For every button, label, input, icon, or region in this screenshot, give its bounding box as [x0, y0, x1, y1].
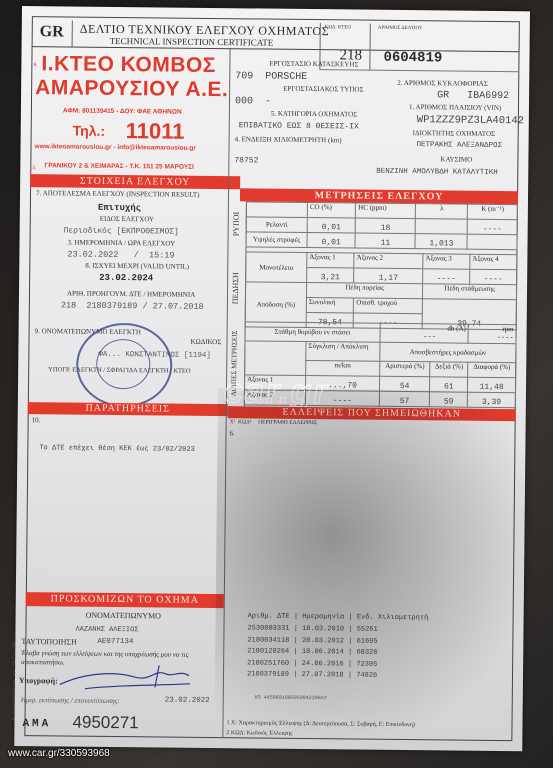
category-value: ΕΠΙΒΑΤΙΚΟ ΕΩΣ 8 ΘΕΣΕΙΣ-ΙΧ — [239, 121, 359, 131]
center-tax-info: ΑΦΜ: 801139415 - ΔΟΥ: ΦΑΕ ΑΘΗΝΩΝ — [63, 107, 182, 115]
ama-label: ΑΜΑ — [22, 718, 51, 730]
parking-brake-label: Πέδη στάθμευσης — [423, 284, 517, 300]
emission-col-k: K (m⁻¹) — [468, 204, 518, 220]
center-number-9: 9. — [33, 62, 37, 68]
fuel-value: ΒΕΝΖΙΝΗ ΑΜΟΛΥΒΔΗ ΚΑΤΑΛΥΤΙΚΗ — [376, 168, 498, 177]
history-row: 2530003331 | 18.03.2010 | 55261 — [247, 623, 377, 636]
title-english: TECHNICAL INSPECTION CERTIFICATE — [110, 36, 274, 48]
listing-id: www.car.gr/330593968 — [8, 748, 110, 759]
previous-cert-value: 218 2180379189 / 27.07.2018 — [61, 300, 204, 311]
brakes-table: Μονοτέλειο Άξονας 1 Άξονας 2 Άξονας 3 Άξ… — [245, 251, 518, 330]
emission-col-co: CO (%) — [307, 203, 355, 219]
printer-margin-text: Σ. εκτυπωτικό αθηνών | τηλ. 210 25 11 80… — [10, 606, 17, 756]
axle-2-label: Άξονας 2 — [354, 253, 423, 269]
emissions-group-label: ΡΥΠΟΙ — [232, 204, 241, 244]
ama-number: 4950271 — [72, 713, 138, 734]
inspector-code-label: ΚΩΔΙΚΟΣ — [190, 338, 221, 346]
print-date-label: Ημερ. εκτύπωσης / επανεκτύπωσης: — [21, 696, 120, 705]
odometer-label: 4. ΕΝΔΕΙΞΗ ΧΙΛΙΟΜΕΤΡΗΤΗ (km) — [235, 135, 342, 144]
emission-row: Υψηλές στροφές 0,01 11 1,013 — [246, 232, 517, 250]
valid-until-label: 8. ΙΣΧΥΕΙ ΜΕΧΡΙ (VALID UNTIL) — [85, 262, 189, 271]
emission-col-hc: HC (ppm) — [356, 203, 416, 219]
odometer-value: 78752 — [234, 156, 258, 165]
owner-label: ΙΔΙΟΚΤΗΤΗΣ ΟΧΗΜΑΤΟΣ — [413, 129, 496, 138]
noise-label: Στάθμη θορύβου εν στάσει — [245, 322, 380, 342]
deficiencies-number: 6. — [229, 429, 234, 437]
manufacturer-label: ΕΡΓΟΣΤΑΣΙΟ ΚΑΤΑΣΚΕΥΗΣ — [269, 60, 358, 69]
result-value: Επιτυχής — [98, 203, 141, 213]
type-value: 000 - — [235, 96, 271, 107]
date-value: 23.02.2022 / 15:19 — [67, 249, 174, 260]
emission-col-lambda: λ — [416, 204, 468, 220]
verification-code: КS 4450691685950942206S7 — [255, 694, 327, 701]
result-label: 7. ΑΠΟΤΕΛΕΣΜΑ ΕΛΕΓΧΟΥ (INSPECTION RESULT… — [36, 189, 200, 199]
deficiencies-columns: X¹ ΚΩΔ² ΠΕΡΙΓΡΑΦΗ ΕΛΛΕΙΨΗΣ — [230, 419, 317, 426]
presenter-section-title: ΠΡΟΣΚΟΜΙΖΩΝ ΤΟ ΟΧΗΜΑ — [26, 592, 224, 608]
history-row: 2180128264 | 18.06.2014 | 68326 — [247, 646, 377, 659]
emissions-table: CO (%) HC (ppm) λ K (m⁻¹) Ρελαντί 0,01 1… — [245, 201, 517, 250]
plate-value: GR IBA6992 — [437, 90, 509, 102]
presenter-id-label: ΤΑΥΤΟΠΟΙΗΣΗ — [21, 637, 77, 647]
cert-number: 0604819 — [383, 50, 442, 67]
manufacturer-value: 709 PORSCHE — [235, 71, 307, 83]
print-date: 23.02.2022 — [165, 697, 210, 705]
center-number-3: 3. — [32, 165, 36, 171]
remarks-section-title: ΠΑΡΑΤΗΡΗΣΕΙΣ — [28, 402, 228, 416]
owner-value: ΠΕΤΡΑΚΗΣ ΑΛΕΞΑΝΔΡΟΣ — [417, 141, 503, 150]
category-label: 5. ΚΑΤΗΓΟΡΙΑ ΟΧΗΜΑΤΟΣ — [271, 110, 357, 119]
presenter-name: ΛΑΖΑΝΗΣ ΑΛΕΞΙΟΣ — [75, 626, 138, 635]
valid-until-value: 23.02.2024 — [99, 273, 153, 284]
cert-number-label: ΑΡΙΘΜΟΣ ΔΕΛΤΙΟΥ — [378, 26, 423, 31]
remarks-text: Το ΔΤΕ επέχει θέση ΚΕΚ έως 23/02/2023 — [39, 444, 195, 454]
fuel-label: ΚΑΥΣΙΜΟ — [440, 155, 472, 163]
kteo-code-label: ΚΩΔ. ΚΤΕΟ — [325, 25, 351, 30]
official-stamp — [76, 323, 173, 408]
axle-1-label: Άξονας 1 — [307, 252, 355, 267]
inspection-certificate: GR ΔΕΛΤΙΟ ΤΕΧΝΙΚΟΥ ΕΛΕΓΧΟΥ ΟΧΗΜΑΤΟΣ TECH… — [14, 6, 530, 751]
remarks-number: 10. — [32, 416, 41, 424]
history-list: 2530003331 | 18.03.2010 | 55261 21800341… — [247, 623, 378, 682]
presenter-signature-label: Υπογραφή: — [19, 676, 58, 685]
kind-label: ΕΙΔΟΣ ΕΛΕΓΧΟΥ — [100, 215, 154, 224]
country-code: GR — [40, 23, 64, 41]
service-brake-label: Πέδη πορείας — [306, 282, 422, 298]
previous-cert-label: ΑΡΙΘ. ΠΡΟΗΓΟΥΜ. ΔΤΕ / ΗΜΕΡΟΜΗΝΙΑ — [67, 289, 195, 298]
center-phone-label: Τηλ.: — [73, 123, 106, 139]
history-row: 2180379189 | 27.07.2018 | 74826 — [247, 669, 377, 682]
footnote-2: 2 ΚΩΔ: Κωδικός Έλλειψης — [226, 730, 292, 737]
center-name-line1: Ι.ΚΤΕΟ ΚΟΜΒΟΣ — [41, 52, 216, 78]
type-label: ΕΡΓΟΣΤΑΣΙΑΚΟΣ ΤΥΠΟΣ — [283, 85, 364, 94]
presenter-id: ΑΕ077134 — [97, 638, 133, 646]
inspection-section-title: ΣΤΟΙΧΕΙΑ ΕΛΕΓΧΟΥ — [30, 174, 240, 189]
center-name-line2: ΑΜΑΡΟΥΣΙΟΥ Α.Ε. — [35, 76, 228, 102]
vin-value: WP1ZZZ9PZ3LA40142 — [417, 114, 524, 127]
vin-label: 1. ΑΡΙΘΜΟΣ ΠΛΑΙΣΙΟΥ (VIN) — [409, 103, 501, 112]
axle-4-label: Άξονας 4 — [470, 254, 517, 269]
presenter-signature — [55, 662, 195, 693]
brakes-group-label: ΠΕΔΗΣΗ — [231, 258, 241, 318]
axle-3-label: Άξονας 3 — [423, 254, 470, 269]
center-phone: 11011 — [126, 118, 185, 145]
presenter-name-label: ΟΝΟΜΑΤΕΠΩΝΥΜΟ — [86, 611, 161, 621]
date-label: 3. ΗΜΕΡΟΜΗΝΙΑ / ΩΡΑ ΕΛΕΓΧΟΥ — [67, 238, 175, 247]
plate-label: 2. ΑΡΙΘΜΟΣ ΚΥΚΛΟΦΟΡΙΑΣ — [397, 79, 488, 88]
kind-value: Περιοδικός [ΕΚΠΡΟΘΕΣΜΟΣ] — [64, 226, 179, 236]
